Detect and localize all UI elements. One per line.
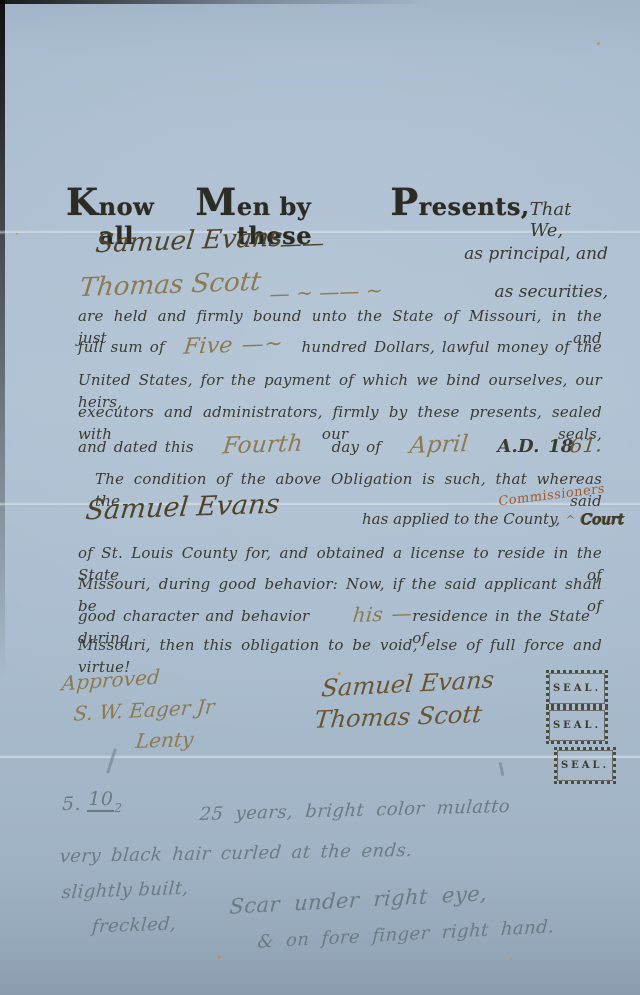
year-handwritten: 61. [568,433,603,456]
seal-stamp-3: SEAL. [554,747,616,784]
month-handwritten: April [409,433,470,457]
fold-crease [0,755,640,760]
seal-label: SEAL. [561,760,609,771]
seal-stamp-2: SEAL. [546,707,608,744]
as-securities-label: as securities, [494,282,608,302]
day-handwritten: Fourth [222,433,304,458]
scar-note-1-pencil: Scar under right eye, [229,881,488,918]
applicant-name-handwritten: Samuel Evans [84,489,281,527]
age-color-note-pencil: 25 years, bright color mulatto [199,796,511,825]
scar-note-2-pencil: & on fore finger right hand. [257,916,555,952]
approver-signature-handwritten: S. W. Eager Jr [73,694,216,725]
height-inches: 10 [87,788,114,812]
height-feet: 5. [62,793,81,815]
applied-text: has applied to the County, [362,510,560,528]
ad-printed: A.D. 18 [497,436,573,457]
body-line-2: full sum of Five —~ hundred Dollars, law… [78,335,602,358]
principal-flourish: —— [279,231,326,258]
surety-name-handwritten: Thomas Scott [78,267,262,303]
hair-note-pencil: very black hair curled at the ends. [59,840,413,867]
pencil-stroke [106,748,117,774]
foxing-spot [16,233,18,235]
document-paper: Know all Men by these Presents, That We,… [0,0,640,995]
height-note-pencil: 5. 102 [62,793,122,817]
approved-note-handwritten: Approved [61,665,161,696]
pencil-stroke [499,762,505,776]
pronoun-handwritten: his — [352,602,413,626]
heading-text: resents, [419,192,530,221]
applied-to-county-court: has applied to the County, ^ Court [362,509,624,528]
seal-label: SEAL. [553,720,601,731]
body-line-2-pre: full sum of [78,336,165,358]
sum-handwritten: Five —~ [182,333,283,358]
dated-mid: day of [332,436,382,458]
court-word-overwritten: Court [581,510,624,528]
principal-name-handwritten: Samuel Evans [94,223,284,259]
seal-stamp-1: SEAL. [546,670,608,707]
height-fraction: 2 [114,801,122,815]
dated-pre: and dated this [78,436,194,458]
caret-mark: ^ [565,513,575,527]
foxing-spot [218,956,221,959]
dated-line: and dated this Fourth day of April A.D. … [78,434,602,458]
scan-left-edge [0,0,5,680]
approver-title-handwritten: Lenty [135,727,195,753]
foxing-spot [597,42,600,45]
scan-top-edge [0,0,430,4]
heading-initial: M [195,180,236,224]
build-note-pencil: slightly built, [61,878,189,903]
signature-surety: Thomas Scott [313,700,483,734]
freckled-note-pencil: freckled, [91,914,177,938]
foxing-spot [510,958,512,960]
heading-initial: K [66,180,99,224]
seal-label: SEAL. [553,683,601,694]
heading-initial: P [390,180,418,224]
heading-that-we: That We, [530,199,608,241]
surety-flourish: — ~ —— ~ [268,278,384,306]
as-principal-label: as principal, and [464,244,608,264]
body-line-2-post: hundred Dollars, lawful money of the [301,336,602,358]
